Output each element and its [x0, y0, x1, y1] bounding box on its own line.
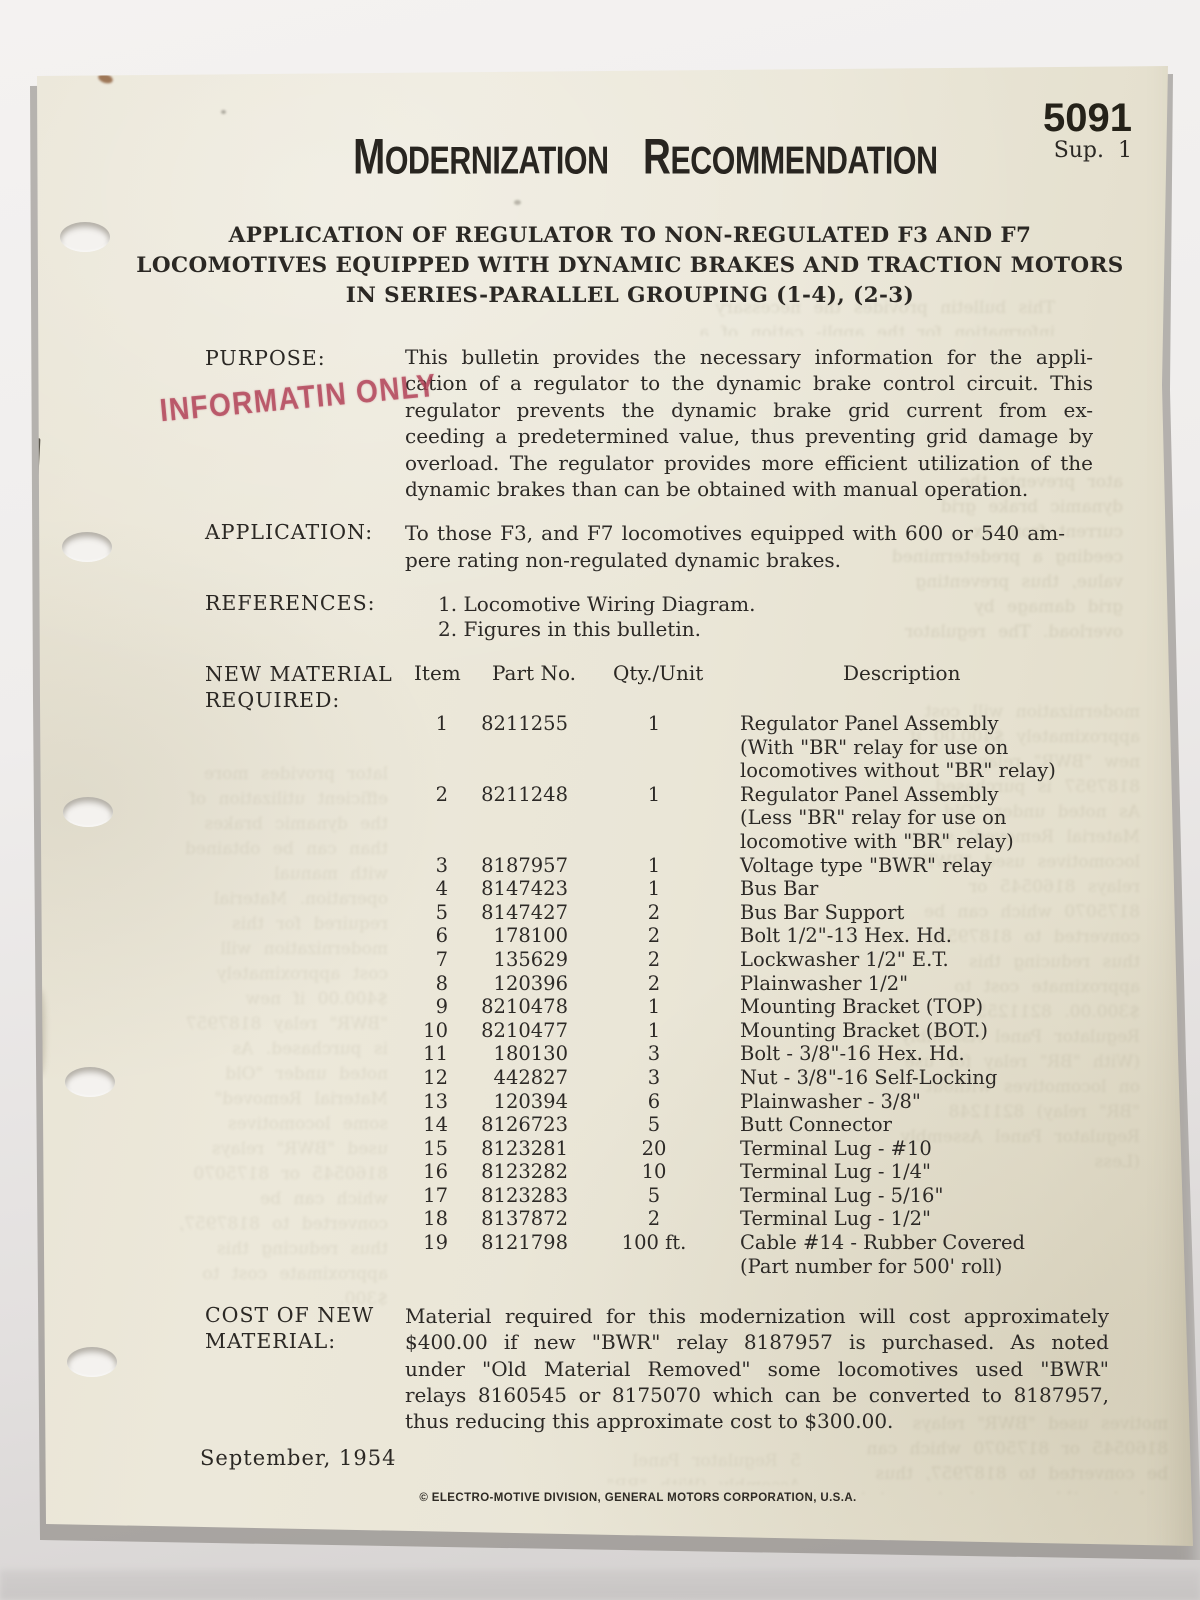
description-line: Butt Connector: [740, 1113, 1100, 1137]
table-row: 16 8123282 10 Terminal Lug - 1/4": [400, 1160, 1100, 1184]
doc-title-text: MODERNIZATIONRECOMMENDATION: [353, 130, 937, 196]
text-line: $400.00 if new "BWR" relay 8187957 is pu…: [405, 1329, 1109, 1355]
table-surface-shadow: [0, 1570, 1200, 1600]
description-line: Mounting Bracket (BOT.): [740, 1019, 1100, 1043]
part-no-cell: 8187957: [448, 854, 568, 878]
part-no-cell: 180130: [448, 1042, 568, 1066]
description-cell: Bus Bar Support: [740, 901, 1100, 925]
text-line: overload. The regulator provides more ef…: [405, 450, 1093, 476]
section-label-required: REQUIRED:: [205, 688, 340, 712]
text-line: ceeding a predetermined value, thus prev…: [405, 423, 1093, 449]
text-line: relays 8160545 or 8175070 which can be c…: [405, 1382, 1109, 1408]
description-line: Bolt - 3/8"-16 Hex. Hd.: [740, 1042, 1100, 1066]
item-cell: 18: [400, 1207, 448, 1231]
qty-cell: 2: [568, 924, 740, 948]
table-header-part-no: Part No.: [492, 661, 576, 685]
qty-cell: 1: [568, 877, 740, 901]
part-no-cell: 8123283: [448, 1184, 568, 1208]
item-cell: 3: [400, 854, 448, 878]
punch-hole: [65, 1067, 115, 1097]
table-row: 15 8123281 20 Terminal Lug - #10: [400, 1137, 1100, 1161]
item-cell: 6: [400, 924, 448, 948]
qty-cell: 1: [568, 995, 740, 1019]
description-cell: Terminal Lug - 1/2": [740, 1207, 1100, 1231]
table-row: 11 180130 3 Bolt - 3/8"-16 Hex. Hd.: [400, 1042, 1100, 1066]
stamp-text: INFORMATIN ONLY: [158, 367, 438, 430]
description-line: Cable #14 - Rubber Covered: [740, 1231, 1100, 1255]
description-cell: Bus Bar: [740, 877, 1100, 901]
description-line: (Less "BR" relay for use on: [740, 806, 1100, 830]
part-no-cell: 8211248: [448, 783, 568, 854]
reference-item: 2. Figures in this bulletin.: [438, 617, 756, 642]
qty-cell: 1: [568, 712, 740, 783]
qty-cell: 2: [568, 901, 740, 925]
item-cell: 9: [400, 995, 448, 1019]
description-line: (With "BR" relay for use on: [740, 736, 1100, 760]
stain: [97, 72, 114, 85]
description-line: Bolt 1/2"-13 Hex. Hd.: [740, 924, 1100, 948]
table-row: 7 135629 2 Lockwasher 1/2" E.T.: [400, 948, 1100, 972]
doc-supplement: Sup. 1: [1036, 138, 1132, 163]
part-no-cell: 8121798: [448, 1231, 568, 1278]
description-line: locomotives without "BR" relay): [740, 759, 1100, 783]
text-line: regulator prevents the dynamic brake gri…: [405, 397, 1093, 423]
item-cell: 2: [400, 783, 448, 854]
description-cell: Voltage type "BWR" relay: [740, 854, 1100, 878]
description-line: Plainwasher 1/2": [740, 972, 1100, 996]
description-line: Mounting Bracket (TOP): [740, 995, 1100, 1019]
description-line: Nut - 3/8"-16 Self-Locking: [740, 1066, 1100, 1090]
section-label-references: REFERENCES:: [205, 591, 376, 615]
qty-cell: 100 ft.: [568, 1231, 740, 1278]
item-cell: 17: [400, 1184, 448, 1208]
table-row: 12 442827 3 Nut - 3/8"-16 Self-Locking: [400, 1066, 1100, 1090]
part-no-cell: 8210478: [448, 995, 568, 1019]
references-list: 1. Locomotive Wiring Diagram. 2. Figures…: [438, 592, 756, 642]
table-row: 19 8121798 100 ft. Cable #14 - Rubber Co…: [400, 1231, 1100, 1278]
description-cell: Butt Connector: [740, 1113, 1100, 1137]
description-cell: Bolt - 3/8"-16 Hex. Hd.: [740, 1042, 1100, 1066]
punch-hole: [62, 532, 112, 562]
description-cell: Nut - 3/8"-16 Self-Locking: [740, 1066, 1100, 1090]
qty-cell: 1: [568, 783, 740, 854]
text-line: This bulletin provides the necessary inf…: [405, 344, 1093, 370]
footer-copyright: © ELECTRO-MOTIVE DIVISION, GENERAL MOTOR…: [38, 1492, 1200, 1504]
table-row: 6 178100 2 Bolt 1/2"-13 Hex. Hd.: [400, 924, 1100, 948]
qty-cell: 3: [568, 1066, 740, 1090]
punch-hole: [60, 222, 110, 252]
item-cell: 19: [400, 1231, 448, 1278]
item-cell: 7: [400, 948, 448, 972]
bleed-through: lator provides more efficient utilizatio…: [176, 762, 388, 1322]
description-cell: Cable #14 - Rubber Covered(Part number f…: [740, 1231, 1100, 1278]
qty-cell: 2: [568, 1207, 740, 1231]
table-row: 17 8123283 5 Terminal Lug - 5/16": [400, 1184, 1100, 1208]
section-label-application: APPLICATION:: [205, 520, 373, 544]
description-line: locomotive with "BR" relay): [740, 830, 1100, 854]
item-cell: 15: [400, 1137, 448, 1161]
description-line: Terminal Lug - #10: [740, 1137, 1100, 1161]
description-line: Plainwasher - 3/8": [740, 1090, 1100, 1114]
item-cell: 13: [400, 1090, 448, 1114]
table-row: 4 8147423 1 Bus Bar: [400, 877, 1100, 901]
qty-cell: 20: [568, 1137, 740, 1161]
bleed-through: 5 Regulator Panel Assembly (With "BR" re…: [556, 1449, 801, 1485]
description-cell: Terminal Lug - 1/4": [740, 1160, 1100, 1184]
item-cell: 14: [400, 1113, 448, 1137]
description-cell: Terminal Lug - 5/16": [740, 1184, 1100, 1208]
table-row: 9 8210478 1 Mounting Bracket (TOP): [400, 995, 1100, 1019]
table-row: 8 120396 2 Plainwasher 1/2": [400, 972, 1100, 996]
table-row: 18 8137872 2 Terminal Lug - 1/2": [400, 1207, 1100, 1231]
date-line: September, 1954: [200, 1446, 396, 1470]
section-label-cost: COST OF NEW: [205, 1303, 374, 1327]
part-no-cell: 178100: [448, 924, 568, 948]
description-cell: Lockwasher 1/2" E.T.: [740, 948, 1100, 972]
table-row: 13 120394 6 Plainwasher - 3/8": [400, 1090, 1100, 1114]
description-line: Terminal Lug - 1/2": [740, 1207, 1100, 1231]
description-line: Bus Bar: [740, 877, 1100, 901]
item-cell: 5: [400, 901, 448, 925]
part-no-cell: 8123281: [448, 1137, 568, 1161]
punch-hole: [67, 1347, 117, 1377]
text-line: under "Old Material Removed" some locomo…: [405, 1356, 1109, 1382]
qty-cell: 2: [568, 948, 740, 972]
stain: [221, 110, 226, 114]
description-cell: Plainwasher 1/2": [740, 972, 1100, 996]
description-line: Terminal Lug - 1/4": [740, 1160, 1100, 1184]
heading-line: APPLICATION OF REGULATOR TO NON-REGULATE…: [130, 221, 1130, 251]
text-line: pere rating non-regulated dynamic brakes…: [405, 547, 1065, 574]
purpose-text: This bulletin provides the necessary inf…: [405, 344, 1093, 502]
qty-cell: 1: [568, 854, 740, 878]
item-cell: 4: [400, 877, 448, 901]
description-cell: Regulator Panel Assembly(Less "BR" relay…: [740, 783, 1100, 854]
description-line: Regulator Panel Assembly: [740, 712, 1100, 736]
table-row: 1 8211255 1 Regulator Panel Assembly(Wit…: [400, 712, 1100, 783]
table-header-item: Item: [414, 661, 461, 685]
stain: [514, 200, 521, 205]
qty-cell: 6: [568, 1090, 740, 1114]
material-table-body: 1 8211255 1 Regulator Panel Assembly(Wit…: [400, 712, 1100, 1278]
part-no-cell: 135629: [448, 948, 568, 972]
part-no-cell: 8147427: [448, 901, 568, 925]
part-no-cell: 120396: [448, 972, 568, 996]
description-cell: Terminal Lug - #10: [740, 1137, 1100, 1161]
text-line: dynamic brakes than can be obtained with…: [405, 476, 1093, 502]
description-line: (Part number for 500' roll): [740, 1255, 1100, 1279]
part-no-cell: 8123282: [448, 1160, 568, 1184]
item-cell: 16: [400, 1160, 448, 1184]
text-line: To those F3, and F7 locomotives equipped…: [405, 520, 1065, 547]
qty-cell: 5: [568, 1113, 740, 1137]
description-line: Terminal Lug - 5/16": [740, 1184, 1100, 1208]
part-no-cell: 442827: [448, 1066, 568, 1090]
bulletin-page: This bulletin provides the necessary inf…: [0, 0, 1200, 1600]
part-no-cell: 8126723: [448, 1113, 568, 1137]
doc-title: MODERNIZATIONRECOMMENDATION: [45, 130, 1200, 192]
part-no-cell: 8137872: [448, 1207, 568, 1231]
description-line: Regulator Panel Assembly: [740, 783, 1100, 807]
heading-line: LOCOMOTIVES EQUIPPED WITH DYNAMIC BRAKES…: [130, 251, 1130, 281]
item-cell: 11: [400, 1042, 448, 1066]
description-cell: Mounting Bracket (BOT.): [740, 1019, 1100, 1043]
table-header-qty-unit: Qty./Unit: [613, 661, 703, 685]
description-line: Lockwasher 1/2" E.T.: [740, 948, 1100, 972]
part-no-cell: 120394: [448, 1090, 568, 1114]
description-line: Bus Bar Support: [740, 901, 1100, 925]
doc-heading: APPLICATION OF REGULATOR TO NON-REGULATE…: [130, 221, 1130, 311]
section-label-cost-material: MATERIAL:: [205, 1329, 336, 1353]
item-cell: 8: [400, 972, 448, 996]
qty-cell: 5: [568, 1184, 740, 1208]
description-cell: Regulator Panel Assembly(With "BR" relay…: [740, 712, 1100, 783]
application-text: To those F3, and F7 locomotives equipped…: [405, 520, 1065, 573]
description-cell: Bolt 1/2"-13 Hex. Hd.: [740, 924, 1100, 948]
part-no-cell: 8210477: [448, 1019, 568, 1043]
qty-cell: 1: [568, 1019, 740, 1043]
heading-line: IN SERIES-PARALLEL GROUPING (1-4), (2-3): [130, 281, 1130, 311]
item-cell: 10: [400, 1019, 448, 1043]
table-row: 10 8210477 1 Mounting Bracket (BOT.): [400, 1019, 1100, 1043]
qty-cell: 2: [568, 972, 740, 996]
table-row: 14 8126723 5 Butt Connector: [400, 1113, 1100, 1137]
description-line: Voltage type "BWR" relay: [740, 854, 1100, 878]
table-row: 5 8147427 2 Bus Bar Support: [400, 901, 1100, 925]
table-row: 3 8187957 1 Voltage type "BWR" relay: [400, 854, 1100, 878]
item-cell: 12: [400, 1066, 448, 1090]
doc-number: 5091: [1030, 96, 1132, 141]
part-no-cell: 8147423: [448, 877, 568, 901]
table-header-description: Description: [843, 661, 960, 685]
section-label-new-material: NEW MATERIAL: [205, 662, 393, 686]
description-cell: Mounting Bracket (TOP): [740, 995, 1100, 1019]
qty-cell: 10: [568, 1160, 740, 1184]
cost-text: Material required for this modernization…: [405, 1303, 1109, 1434]
text-line: cation of a regulator to the dynamic bra…: [405, 370, 1093, 396]
item-cell: 1: [400, 712, 448, 783]
table-row: 2 8211248 1 Regulator Panel Assembly(Les…: [400, 783, 1100, 854]
punch-hole: [63, 797, 113, 827]
reference-item: 1. Locomotive Wiring Diagram.: [438, 592, 756, 617]
text-line: thus reducing this approximate cost to $…: [405, 1408, 1109, 1434]
text-line: Material required for this modernization…: [405, 1303, 1109, 1329]
part-no-cell: 8211255: [448, 712, 568, 783]
qty-cell: 3: [568, 1042, 740, 1066]
description-cell: Plainwasher - 3/8": [740, 1090, 1100, 1114]
